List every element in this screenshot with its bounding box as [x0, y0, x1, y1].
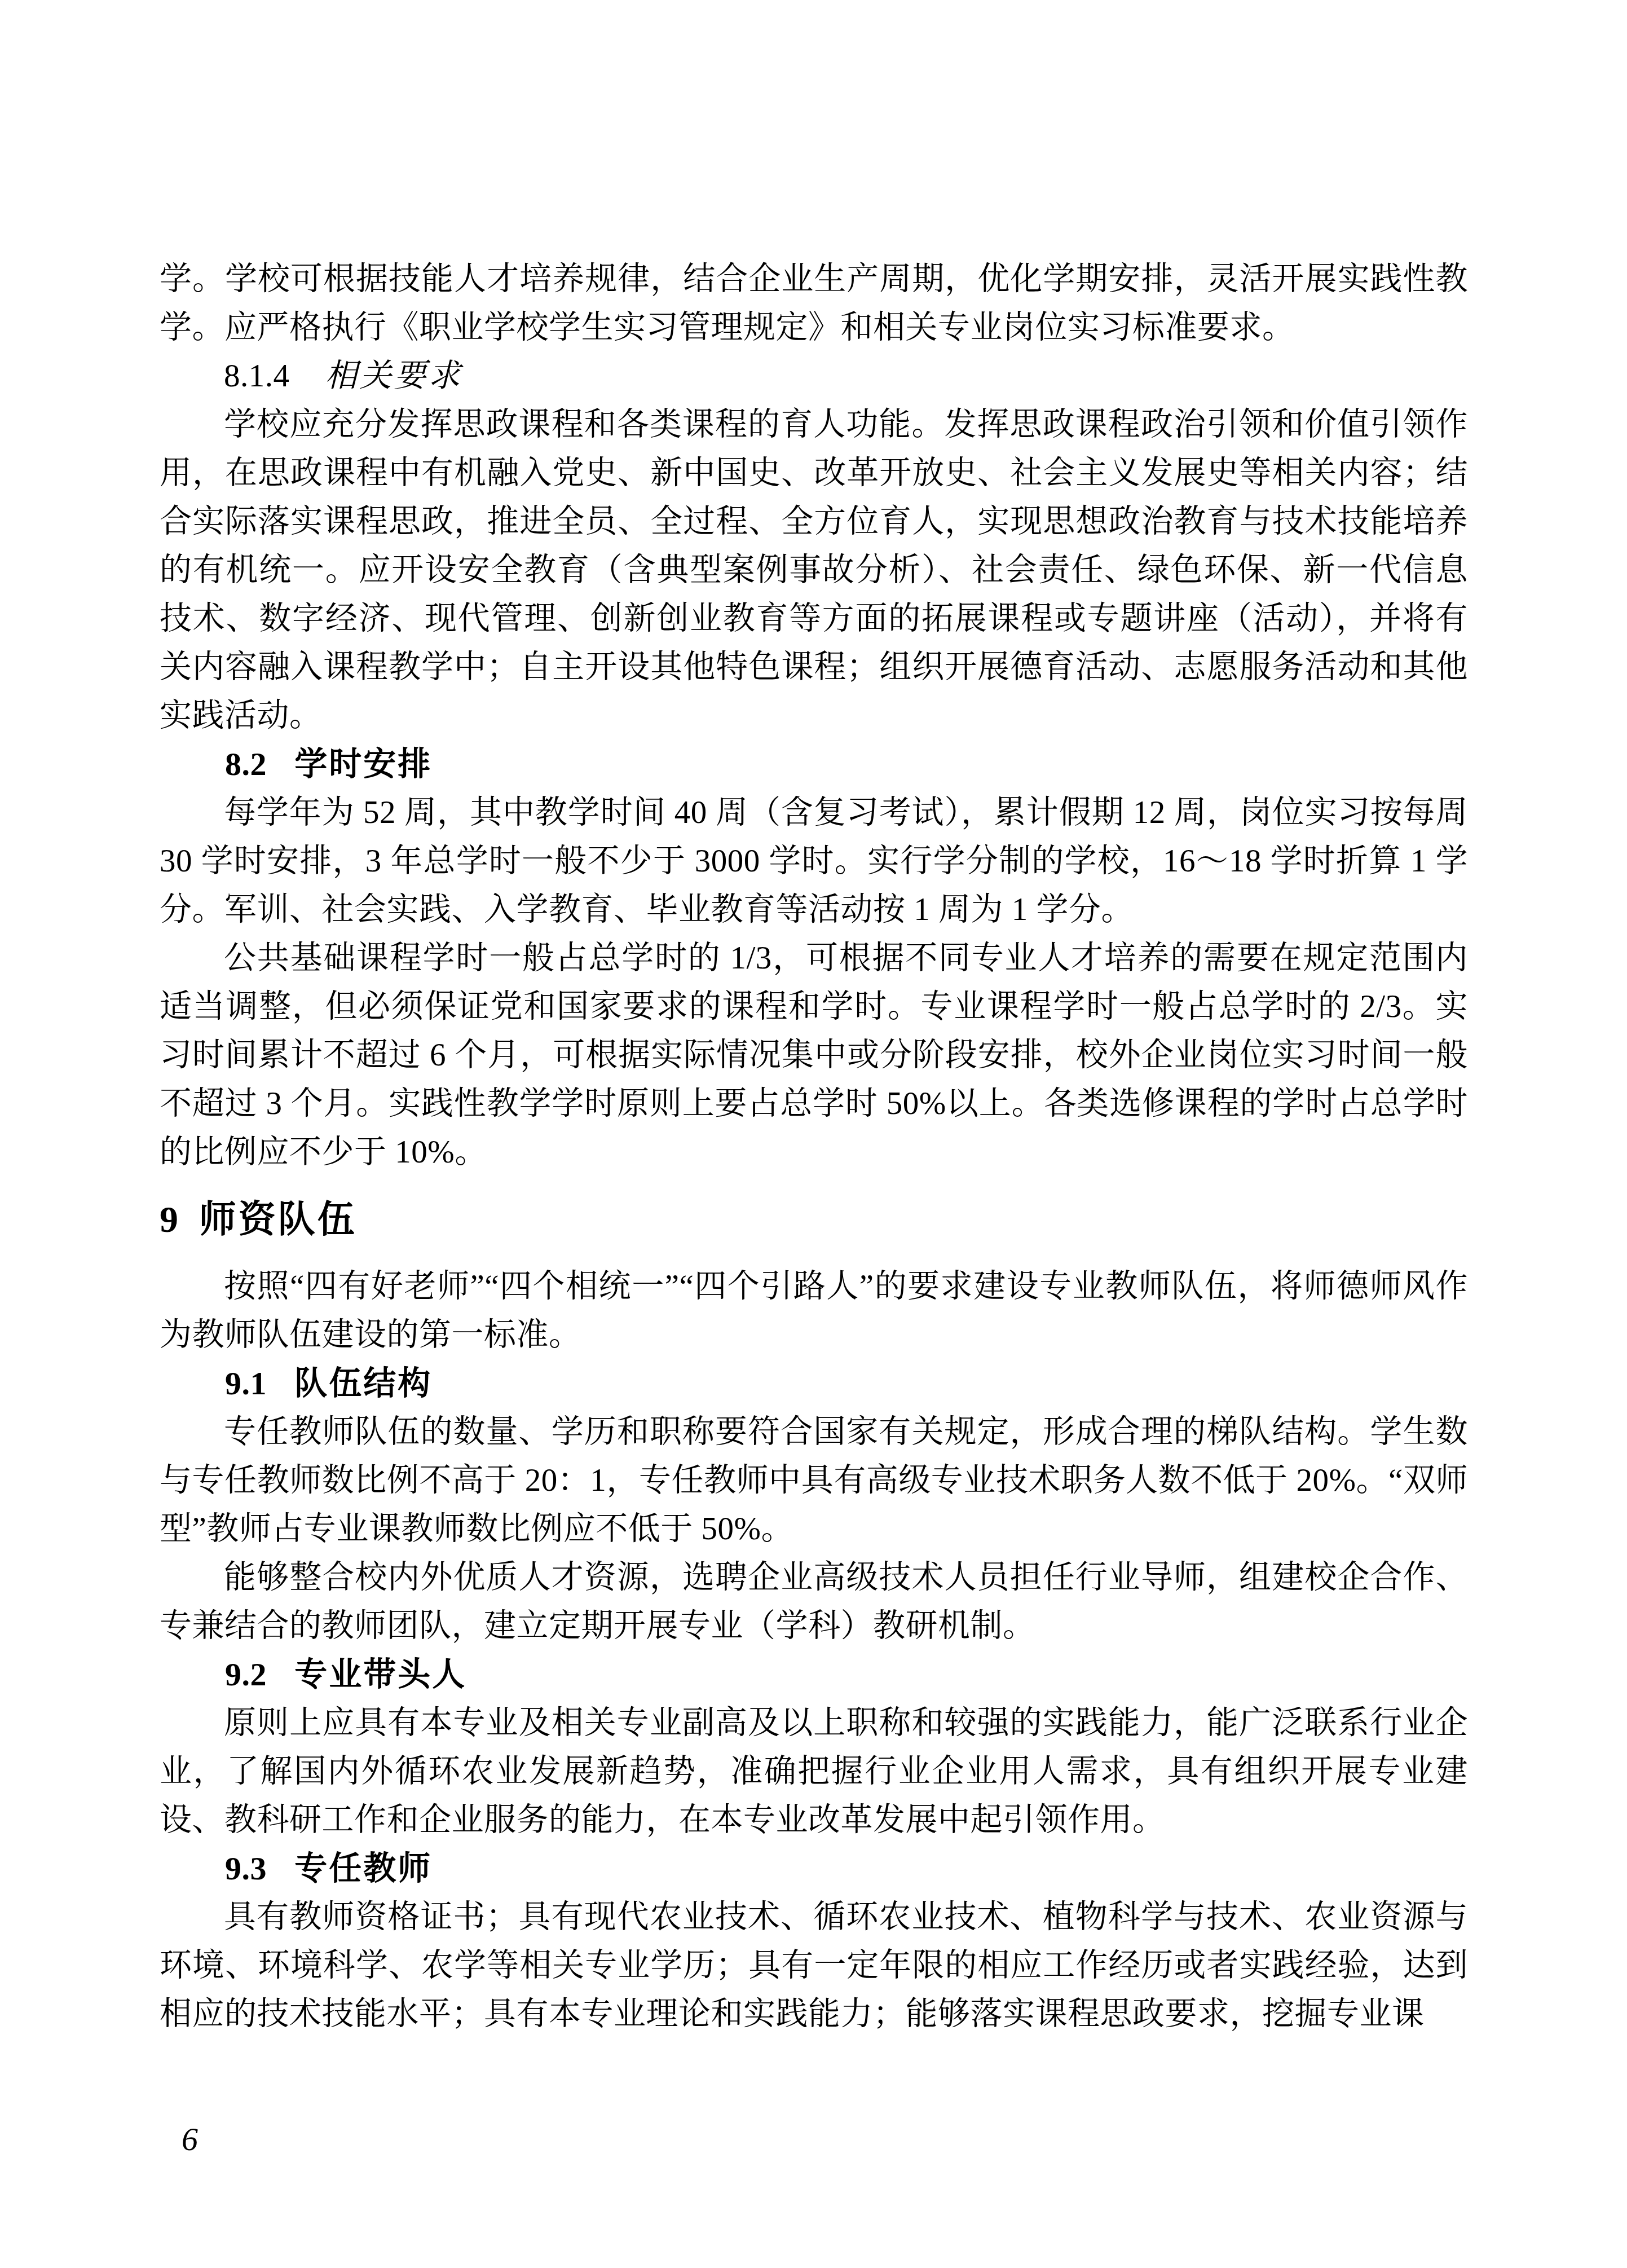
paragraph-school-year-hours: 每学年为 52 周，其中教学时间 40 周（含复习考试），累计假期 12 周，岗…	[160, 789, 1468, 934]
heading-9-1-number: 9.1	[225, 1365, 294, 1402]
heading-8-1-4-number: 8.1.4	[224, 358, 325, 394]
heading-8-1-4: 8.1.4相关要求	[160, 352, 1468, 400]
paragraph-teacher-team-requirements: 按照“四有好老师”“四个相统一”“四个引路人”的要求建设专业教师队伍，将师德师风…	[160, 1262, 1468, 1359]
page-number: 6	[182, 2120, 198, 2159]
heading-9-2: 9.2专业带头人	[160, 1650, 1468, 1699]
heading-9-3: 9.3专任教师	[160, 1844, 1468, 1893]
paragraph-fulltime-teachers: 具有教师资格证书；具有现代农业技术、循环农业技术、植物科学与技术、农业资源与环境…	[160, 1893, 1468, 2038]
paragraph-program-leader: 原则上应具有本专业及相关专业副高及以上职称和较强的实践能力，能广泛联系行业企业，…	[160, 1699, 1468, 1844]
heading-9-3-number: 9.3	[225, 1850, 294, 1887]
heading-8-2-title: 学时安排	[294, 746, 432, 782]
paragraph-internship-teaching: 学。学校可根据技能人才培养规律，结合企业生产周期，优化学期安排，灵活开展实践性教…	[160, 255, 1468, 352]
heading-9-title: 师资队伍	[199, 1199, 357, 1240]
page-content: 学。学校可根据技能人才培养规律，结合企业生产周期，优化学期安排，灵活开展实践性教…	[160, 255, 1468, 2038]
heading-8-2-number: 8.2	[225, 746, 294, 782]
heading-9-2-title: 专业带头人	[294, 1656, 466, 1693]
heading-8-2: 8.2学时安排	[160, 740, 1468, 789]
heading-9-1-title: 队伍结构	[294, 1365, 432, 1402]
heading-9-3-title: 专任教师	[294, 1850, 432, 1887]
heading-9-number: 9	[160, 1199, 199, 1240]
heading-9: 9师资队伍	[160, 1195, 1468, 1245]
paragraph-course-hour-ratios: 公共基础课程学时一般占总学时的 1/3，可根据不同专业人才培养的需要在规定范围内…	[160, 934, 1468, 1177]
paragraph-ideological-courses: 学校应充分发挥思政课程和各类课程的育人功能。发挥思政课程政治引领和价值引领作用，…	[160, 400, 1468, 740]
document-page: 学。学校可根据技能人才培养规律，结合企业生产周期，优化学期安排，灵活开展实践性教…	[0, 0, 1627, 2268]
heading-9-2-number: 9.2	[225, 1656, 294, 1693]
paragraph-talent-integration: 能够整合校内外优质人才资源，选聘企业高级技术人员担任行业导师，组建校企合作、专兼…	[160, 1553, 1468, 1650]
heading-9-1: 9.1队伍结构	[160, 1359, 1468, 1408]
paragraph-team-structure: 专任教师队伍的数量、学历和职称要符合国家有关规定，形成合理的梯队结构。学生数与专…	[160, 1408, 1468, 1553]
heading-8-1-4-title: 相关要求	[325, 358, 462, 394]
